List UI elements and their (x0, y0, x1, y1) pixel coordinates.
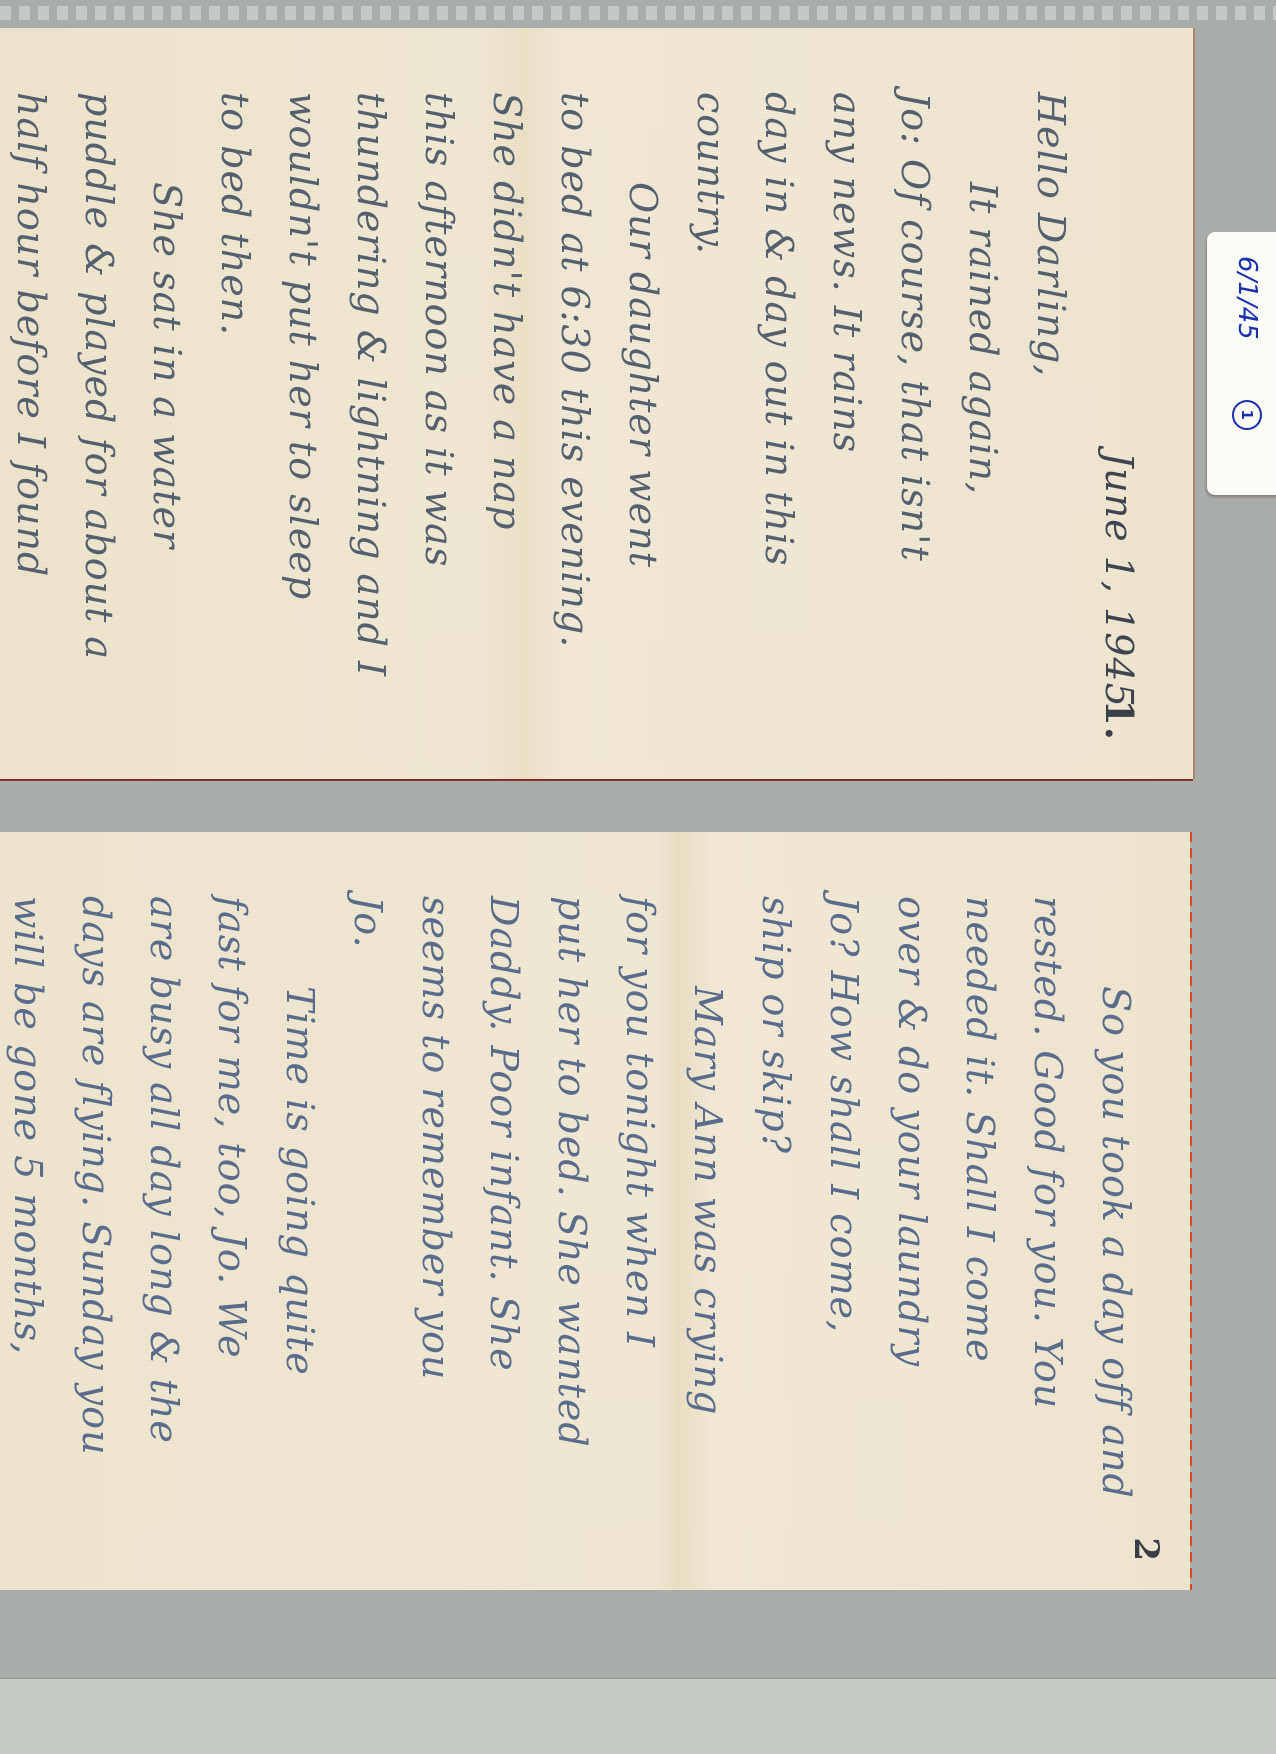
text-line: any news. It rains (813, 92, 881, 751)
text-line: It rained again, (949, 92, 1017, 751)
page-number: 2 (1112, 1537, 1180, 1562)
text-line: Our daughter went (609, 92, 677, 751)
text-line: are busy all day long & the (130, 896, 198, 1562)
archive-date: 6/1/45 (1232, 256, 1262, 340)
page-2-content: 2 So you took a day off and rested. Good… (0, 832, 1190, 1590)
text-line: thundering & lightning and I (337, 92, 405, 751)
text-line: Mary Ann was crying (674, 896, 742, 1562)
page-1-header: June 1, 1945 1. (1085, 92, 1153, 751)
sleeve-perforations (0, 6, 1276, 20)
text-line: to bed at 6:30 this evening. (541, 92, 609, 751)
letter-page-1: June 1, 1945 1. Hello Darling, It rained… (0, 28, 1193, 779)
text-line: will be gone 5 months, (0, 896, 62, 1562)
text-line: She sat in a water (133, 92, 201, 751)
letter-date: June 1, 1945 (1085, 452, 1153, 708)
text-line: country. (677, 92, 745, 751)
text-line: Jo? How shall I come, (810, 896, 878, 1562)
text-line: Jo: Of course, that isn't (881, 92, 949, 751)
archive-label-content: 6/1/45 1 (1207, 232, 1276, 495)
text-line: wouldn't put her to sleep (269, 92, 337, 751)
text-line: rested. Good for you. You (1014, 896, 1082, 1562)
text-line: needed it. Shall I come (946, 896, 1014, 1562)
text-line: Daddy. Poor infant. She (470, 896, 538, 1562)
text-line: She didn't have a nap (473, 92, 541, 751)
salutation: Hello Darling, (1017, 92, 1085, 751)
text-line: over & do your laundry (878, 896, 946, 1562)
sleeve-bottom-edge (0, 1678, 1276, 1754)
text-line: fast for me, too, Jo. We (198, 896, 266, 1562)
text-line: ship or skip? (742, 896, 810, 1562)
text-line: puddle & played for about a (65, 92, 133, 751)
text-line: to bed then. (201, 92, 269, 751)
text-line: half hour before I found (0, 92, 65, 751)
text-line: day in & day out in this (745, 92, 813, 751)
text-line: days are flying. Sunday you (62, 896, 130, 1562)
text-line: seems to remember you (402, 896, 470, 1562)
text-line: Jo. (334, 896, 402, 1562)
page-1-content: June 1, 1945 1. Hello Darling, It rained… (0, 28, 1193, 779)
letter-page-2: 2 So you took a day off and rested. Good… (0, 832, 1190, 1590)
archive-label: 6/1/45 1 (1207, 232, 1276, 495)
text-line: for you tonight when I (606, 896, 674, 1562)
text-line: put her to bed. She wanted (538, 896, 606, 1562)
page-number: 1. (1085, 699, 1153, 741)
text-line: So you took a day off and (1082, 896, 1150, 1562)
text-line: this afternoon as it was (405, 92, 473, 751)
text-line: Time is going quite (266, 896, 334, 1562)
sequence-number-badge: 1 (1232, 400, 1262, 430)
